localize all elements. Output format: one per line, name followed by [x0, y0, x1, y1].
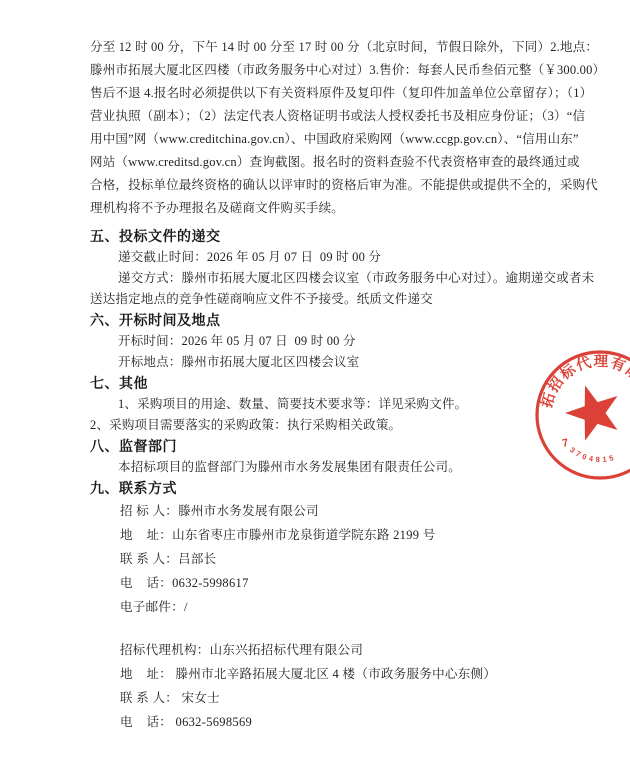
section-line: 递交截止时间：2026 年 05 月 07 日 09 时 00 分	[90, 247, 552, 268]
paragraph-line: 分至 12 时 00 分，下午 14 时 00 分至 17 时 00 分（北京时…	[90, 36, 552, 59]
paragraph-line: 用中国”网（www.creditchina.gov.cn）、中国政府采购网（ww…	[90, 128, 552, 151]
section-supervision: 八、监督部门 本招标项目的监督部门为滕州市水务发展集团有限责任公司。	[90, 436, 552, 478]
contact-value: /	[184, 600, 188, 614]
sections-block: 五、投标文件的递交 递交截止时间：2026 年 05 月 07 日 09 时 0…	[90, 226, 552, 499]
section-heading-others: 七、其他	[90, 373, 552, 394]
section-line: 开标时间：2026 年 05 月 07 日 09 时 00 分	[90, 331, 552, 352]
section-heading-supervision: 八、监督部门	[90, 436, 552, 457]
contact-value: 吕部长	[178, 552, 216, 566]
section-others: 七、其他 1、采购项目的用途、数量、简要技术要求等：详见采购文件。 2、采购项目…	[90, 373, 552, 436]
contact-value: 山东兴拓招标代理有限公司	[210, 643, 364, 657]
document-scan-page: { "document": { "intro_lines": [ "分至 12 …	[0, 0, 630, 760]
section-line: 1、采购项目的用途、数量、简要技术要求等：详见采购文件。	[90, 394, 552, 415]
section-line: 开标地点：滕州市拓展大厦北区四楼会议室	[90, 352, 552, 373]
contact-label: 招 标 人：	[120, 504, 178, 518]
contact-row-bidder-phone: 电 话：0632-5998617	[120, 571, 552, 595]
seal-arc-text: 拓招标代理有限公	[538, 352, 630, 409]
contact-label: 电 话：	[120, 576, 172, 590]
contact-label: 联 系 人：	[120, 691, 181, 705]
paragraph-line: 合格，投标单位最终资格的确认以评审时的资格后审为准。不能提供或提供不全的，采购代	[90, 174, 552, 197]
section-bid-opening: 六、开标时间及地点 开标时间：2026 年 05 月 07 日 09 时 00 …	[90, 310, 552, 373]
contact-label: 招标代理机构：	[120, 643, 210, 657]
agency-contact-group: 招标代理机构：山东兴拓招标代理有限公司 地 址： 滕州市北辛路拓展大厦北区 4 …	[120, 638, 552, 734]
section-line: 2、采购项目需要落实的采购政策：执行采购相关政策。	[90, 415, 552, 436]
paragraph-line: 网站（www.creditsd.gov.cn）查询截图。报名时的资料查验不代表资…	[90, 151, 552, 174]
contact-row-agency-name: 招标代理机构：山东兴拓招标代理有限公司	[120, 638, 552, 662]
contact-row-bidder-address: 地 址：山东省枣庄市滕州市龙泉街道学院东路 2199 号	[120, 523, 552, 547]
section-heading-contact: 九、联系方式	[90, 478, 552, 499]
contact-value: 宋女士	[181, 691, 219, 705]
contact-value: 山东省枣庄市滕州市龙泉街道学院东路 2199 号	[172, 528, 435, 542]
section-heading-bid-opening: 六、开标时间及地点	[90, 310, 552, 331]
seal-fragment: 7	[561, 437, 569, 450]
seal-serial-number: 3704815	[568, 445, 617, 464]
contact-value: 0632-5698569	[176, 715, 253, 729]
section-contact: 九、联系方式	[90, 478, 552, 499]
contact-label: 联 系 人：	[120, 552, 178, 566]
contact-row-bidder-person: 联 系 人：吕部长	[120, 547, 552, 571]
contacts-block: 招 标 人：滕州市水务发展有限公司 地 址：山东省枣庄市滕州市龙泉街道学院东路 …	[90, 499, 552, 734]
paragraph-line: 滕州市拓展大厦北区四楼（市政务服务中心对过）3.售价：每套人民币叁佰元整（￥30…	[90, 59, 552, 82]
contact-row-bidder-email: 电子邮件：/	[120, 595, 552, 619]
section-line: 本招标项目的监督部门为滕州市水务发展集团有限责任公司。	[90, 457, 552, 478]
contact-label: 地 址：	[120, 528, 172, 542]
contact-label: 电 话：	[120, 715, 176, 729]
contact-row-agency-person: 联 系 人： 宋女士	[120, 686, 552, 710]
contact-label: 地 址：	[120, 667, 176, 681]
contact-value: 0632-5998617	[172, 576, 249, 590]
bidder-contact-group: 招 标 人：滕州市水务发展有限公司 地 址：山东省枣庄市滕州市龙泉街道学院东路 …	[120, 499, 552, 619]
intro-paragraph: 分至 12 时 00 分，下午 14 时 00 分至 17 时 00 分（北京时…	[90, 36, 552, 220]
paragraph-line: 售后不退 4.报名时必须提供以下有关资料原件及复印件（复印件加盖单位公章留存）；…	[90, 82, 552, 105]
contact-label: 电子邮件：	[120, 600, 184, 614]
contact-value: 滕州市北辛路拓展大厦北区 4 楼（市政务服务中心东侧）	[176, 667, 497, 681]
document-body: 分至 12 时 00 分，下午 14 时 00 分至 17 时 00 分（北京时…	[90, 36, 552, 734]
section-heading-submission: 五、投标文件的递交	[90, 226, 552, 247]
contact-row-agency-address: 地 址： 滕州市北辛路拓展大厦北区 4 楼（市政务服务中心东侧）	[120, 662, 552, 686]
paragraph-line: 营业执照（副本）；（2）法定代表人资格证明书或法人授权委托书及相应身份证；（3）…	[90, 105, 552, 128]
seal-star-icon	[559, 377, 628, 444]
contact-row-bidder-name: 招 标 人：滕州市水务发展有限公司	[120, 499, 552, 523]
section-submission: 五、投标文件的递交 递交截止时间：2026 年 05 月 07 日 09 时 0…	[90, 226, 552, 310]
section-line: 递交方式：滕州市拓展大厦北区四楼会议室（市政务服务中心对过）。逾期递交或者未	[90, 268, 552, 289]
section-line: 送达指定地点的竞争性磋商响应文件不予接受。纸质文件递交	[90, 289, 552, 310]
contact-row-agency-phone: 电 话： 0632-5698569	[120, 710, 552, 734]
paragraph-line: 理机构将不予办理报名及磋商文件购买手续。	[90, 197, 552, 220]
contact-value: 滕州市水务发展有限公司	[178, 504, 319, 518]
